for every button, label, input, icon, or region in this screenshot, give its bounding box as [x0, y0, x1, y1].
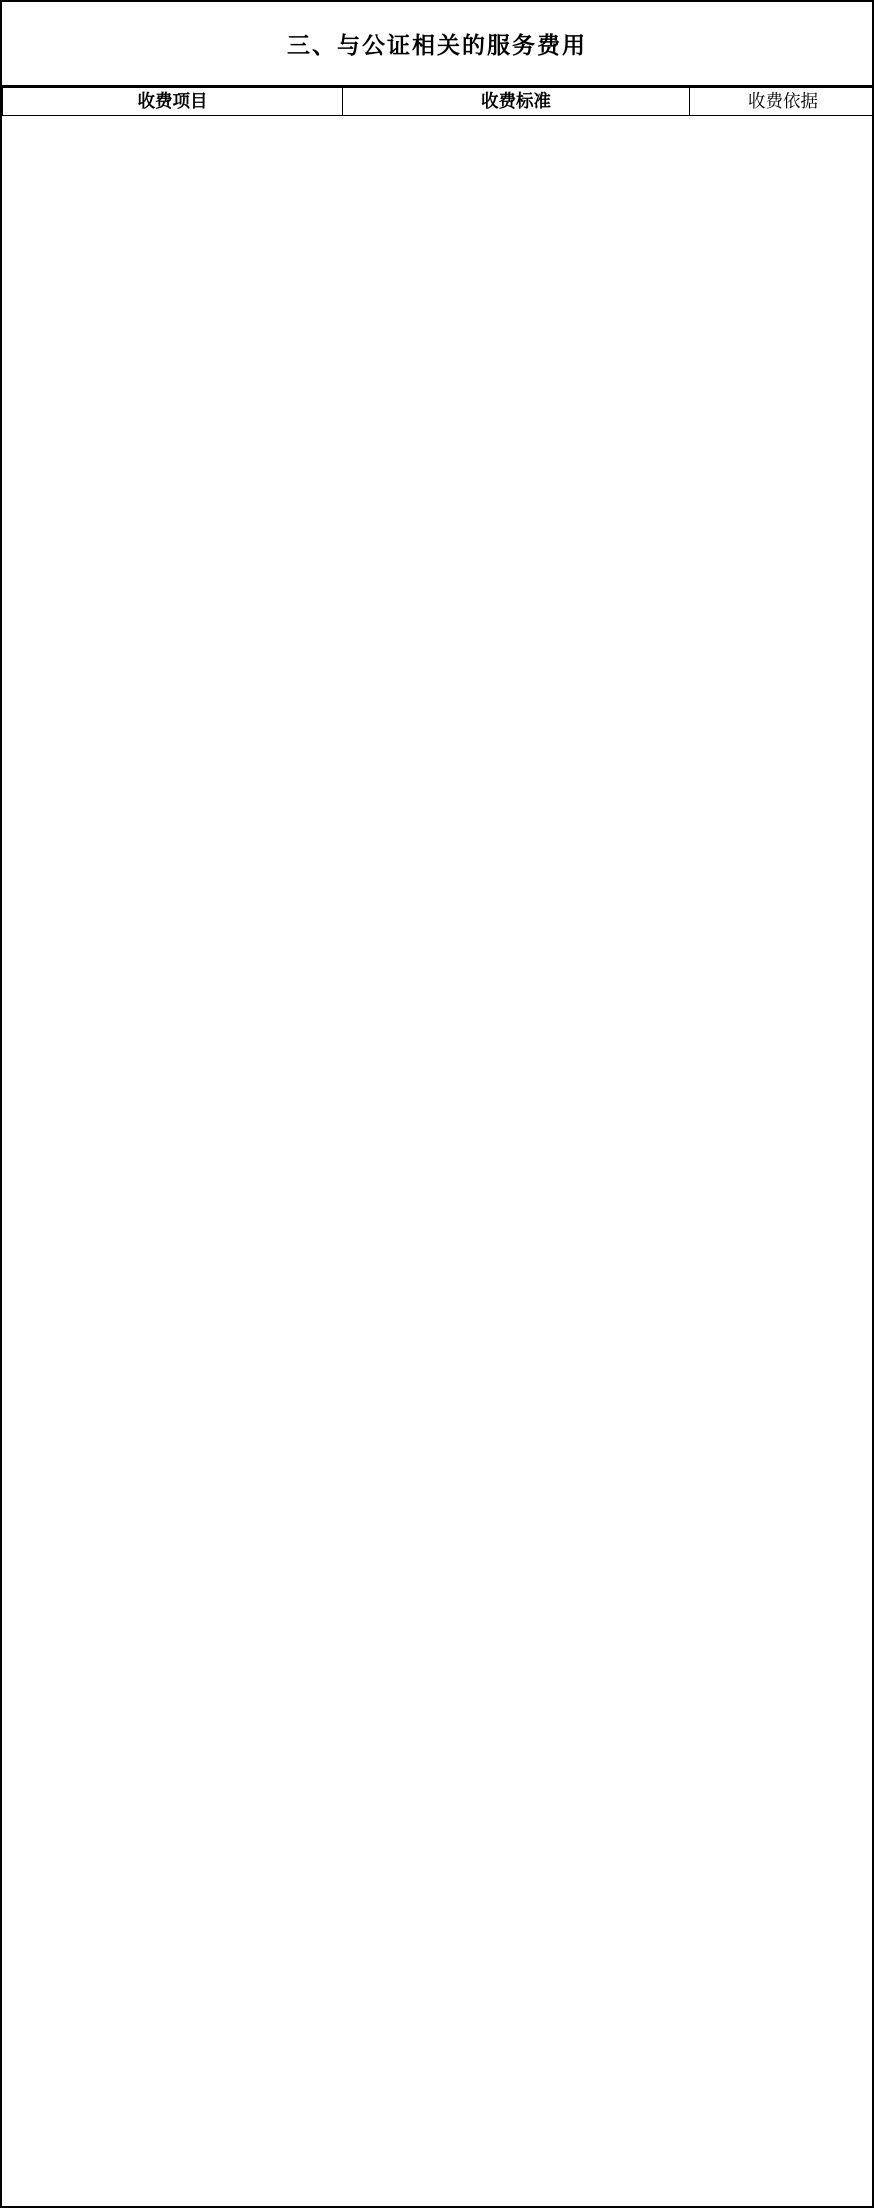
table-row: [3, 138, 874, 193]
table-row: [3, 115, 874, 138]
table-row: [3, 1166, 874, 1271]
table-row: [3, 399, 874, 470]
table-row: [3, 1861, 874, 2069]
table-header: 收费项目收费标准收费依据: [3, 88, 874, 116]
table-row: [3, 540, 874, 600]
column-header-1: 收费项目: [3, 88, 343, 116]
fee-table: 三、与公证相关的服务费用 收费项目收费标准收费依据: [0, 0, 874, 2208]
table-row: [3, 1346, 874, 1642]
table-row: [3, 803, 874, 838]
table-row: [3, 728, 874, 769]
table-row: [3, 2102, 874, 2206]
table-row: [3, 653, 874, 728]
table-row: [3, 193, 874, 347]
page-title: 三、与公证相关的服务费用: [2, 2, 872, 87]
table-row: [3, 2069, 874, 2102]
column-header-3: 收费依据: [690, 88, 874, 116]
column-header-2: 收费标准: [343, 88, 690, 116]
table-row: [3, 470, 874, 540]
table-row: [3, 980, 874, 1086]
table-row: [3, 838, 874, 871]
table-row: [3, 1271, 874, 1308]
header-row: 收费项目收费标准收费依据: [3, 88, 874, 116]
table-row: [3, 1086, 874, 1166]
table-row: [3, 769, 874, 803]
table-row: [3, 1308, 874, 1346]
table-row: [3, 871, 874, 980]
table-row: [3, 347, 874, 399]
table-row: [3, 600, 874, 653]
fee-table-grid: 收费项目收费标准收费依据: [2, 87, 874, 2206]
table-row: [3, 1642, 874, 1749]
table-body: [3, 115, 874, 2206]
table-row: [3, 1749, 874, 1861]
